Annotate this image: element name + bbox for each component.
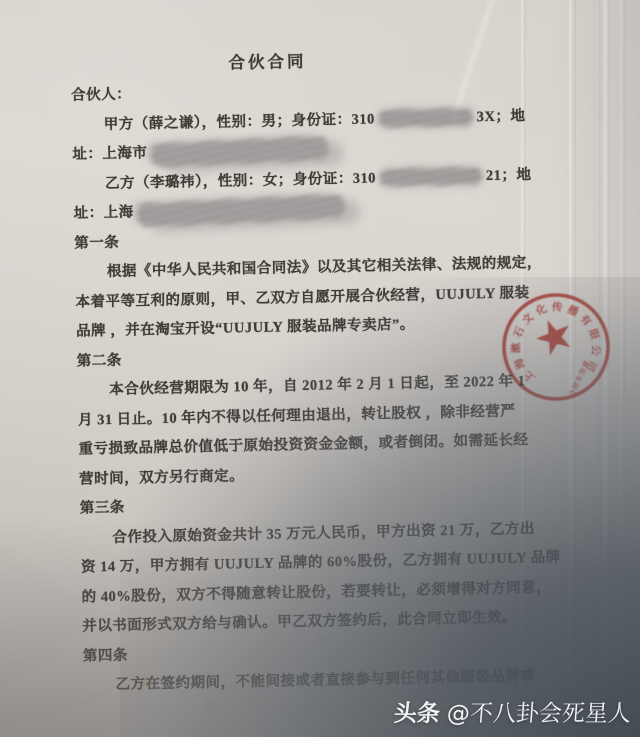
company-seal: 上海漱石文化传播有限公司 ★ 合同专用章 — [489, 280, 623, 414]
toutiao-logo-text: 头条 — [393, 701, 441, 727]
contract-photo: 合伙合同 合伙人： 甲方（薛之谦），性别：男；身份证：3103X；地 址：上海市… — [0, 0, 640, 737]
redaction-smudge — [380, 109, 472, 126]
party-a-addr-prefix: 址：上海市 — [72, 145, 147, 163]
paper-stain — [206, 700, 216, 708]
svg-text:公: 公 — [589, 345, 602, 357]
redaction-smudge — [138, 195, 344, 226]
toutiao-watermark: 头条@不八卦会死星人 — [393, 695, 632, 728]
party-a-id-suffix: 3X；地 — [477, 108, 526, 125]
page-edge — [620, 0, 626, 690]
party-b-addr-prefix: 址：上海 — [73, 204, 133, 221]
party-a-id-prefix: 甲方（薛之谦），性别：男；身份证：310 — [104, 111, 375, 133]
redaction-smudge — [152, 137, 328, 166]
party-b-id-suffix: 21；地 — [486, 167, 532, 184]
author-handle: @不八卦会死星人 — [446, 701, 632, 727]
redaction-smudge — [381, 168, 481, 185]
party-b-id-prefix: 乙方（李璐祎），性别：女；身份证：310 — [105, 170, 376, 192]
contract-text: 合伙合同 合伙人： 甲方（薛之谦），性别：男；身份证：3103X；地 址：上海市… — [58, 41, 542, 701]
